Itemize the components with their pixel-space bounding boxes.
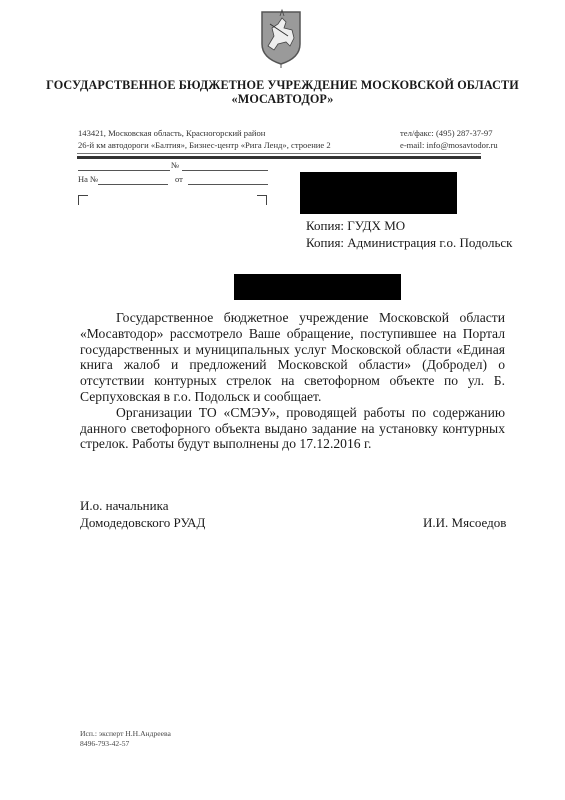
reference-block: № На № от [78,160,268,200]
organization-contacts: тел/факс: (495) 287-37-97 e-mail: info@m… [400,127,498,151]
number-label: № [171,160,179,170]
address-field-corner-right [257,195,267,205]
email: e-mail: info@mosavtodor.ru [400,139,498,151]
on-number-label: На № [78,174,98,184]
address-line2: 26-й км автодороги «Балтия», Бизнес-цент… [78,139,331,151]
organization-address: 143421, Московская область, Красногорски… [78,127,331,151]
signatory-name: И.И. Мясоедов [423,514,506,531]
incoming-date-line [188,184,268,185]
copy-recipient-2: Копия: Администрация г.о. Подольск [306,235,512,251]
address-line1: 143421, Московская область, Красногорски… [78,127,331,139]
position-line1: И.о. начальника [80,497,205,514]
address-field-corner-left [78,195,88,205]
from-label: от [175,174,183,184]
letter-body: Государственное бюджетное учреждение Мос… [80,310,505,452]
outgoing-date-line [78,170,170,171]
executor-name: Исп.: эксперт Н.Н.Андреева [80,729,171,739]
header-divider [77,156,481,159]
body-paragraph-1: Государственное бюджетное учреждение Мос… [80,310,505,405]
organization-name-line2: «МОСАВТОДОР» [0,92,565,107]
salutation-redacted [234,274,401,300]
executor-phone: 8496-793-42-57 [80,739,171,749]
signatory-position: И.о. начальника Домодедовского РУАД [80,497,205,531]
outgoing-number-line [182,170,268,171]
position-line2: Домодедовского РУАД [80,514,205,531]
phone-fax: тел/факс: (495) 287-37-97 [400,127,498,139]
executor-info: Исп.: эксперт Н.Н.Андреева 8496-793-42-5… [80,729,171,749]
header-divider-thin [77,153,481,154]
organization-name-line1: ГОСУДАРСТВЕННОЕ БЮДЖЕТНОЕ УЧРЕЖДЕНИЕ МОС… [0,78,565,93]
body-paragraph-2: Организации ТО «СМЭУ», проводящей работы… [80,405,505,452]
coat-of-arms-icon [248,6,314,68]
recipient-redacted [300,172,457,214]
incoming-number-line [98,184,168,185]
copy-recipient-1: Копия: ГУДХ МО [306,218,405,234]
